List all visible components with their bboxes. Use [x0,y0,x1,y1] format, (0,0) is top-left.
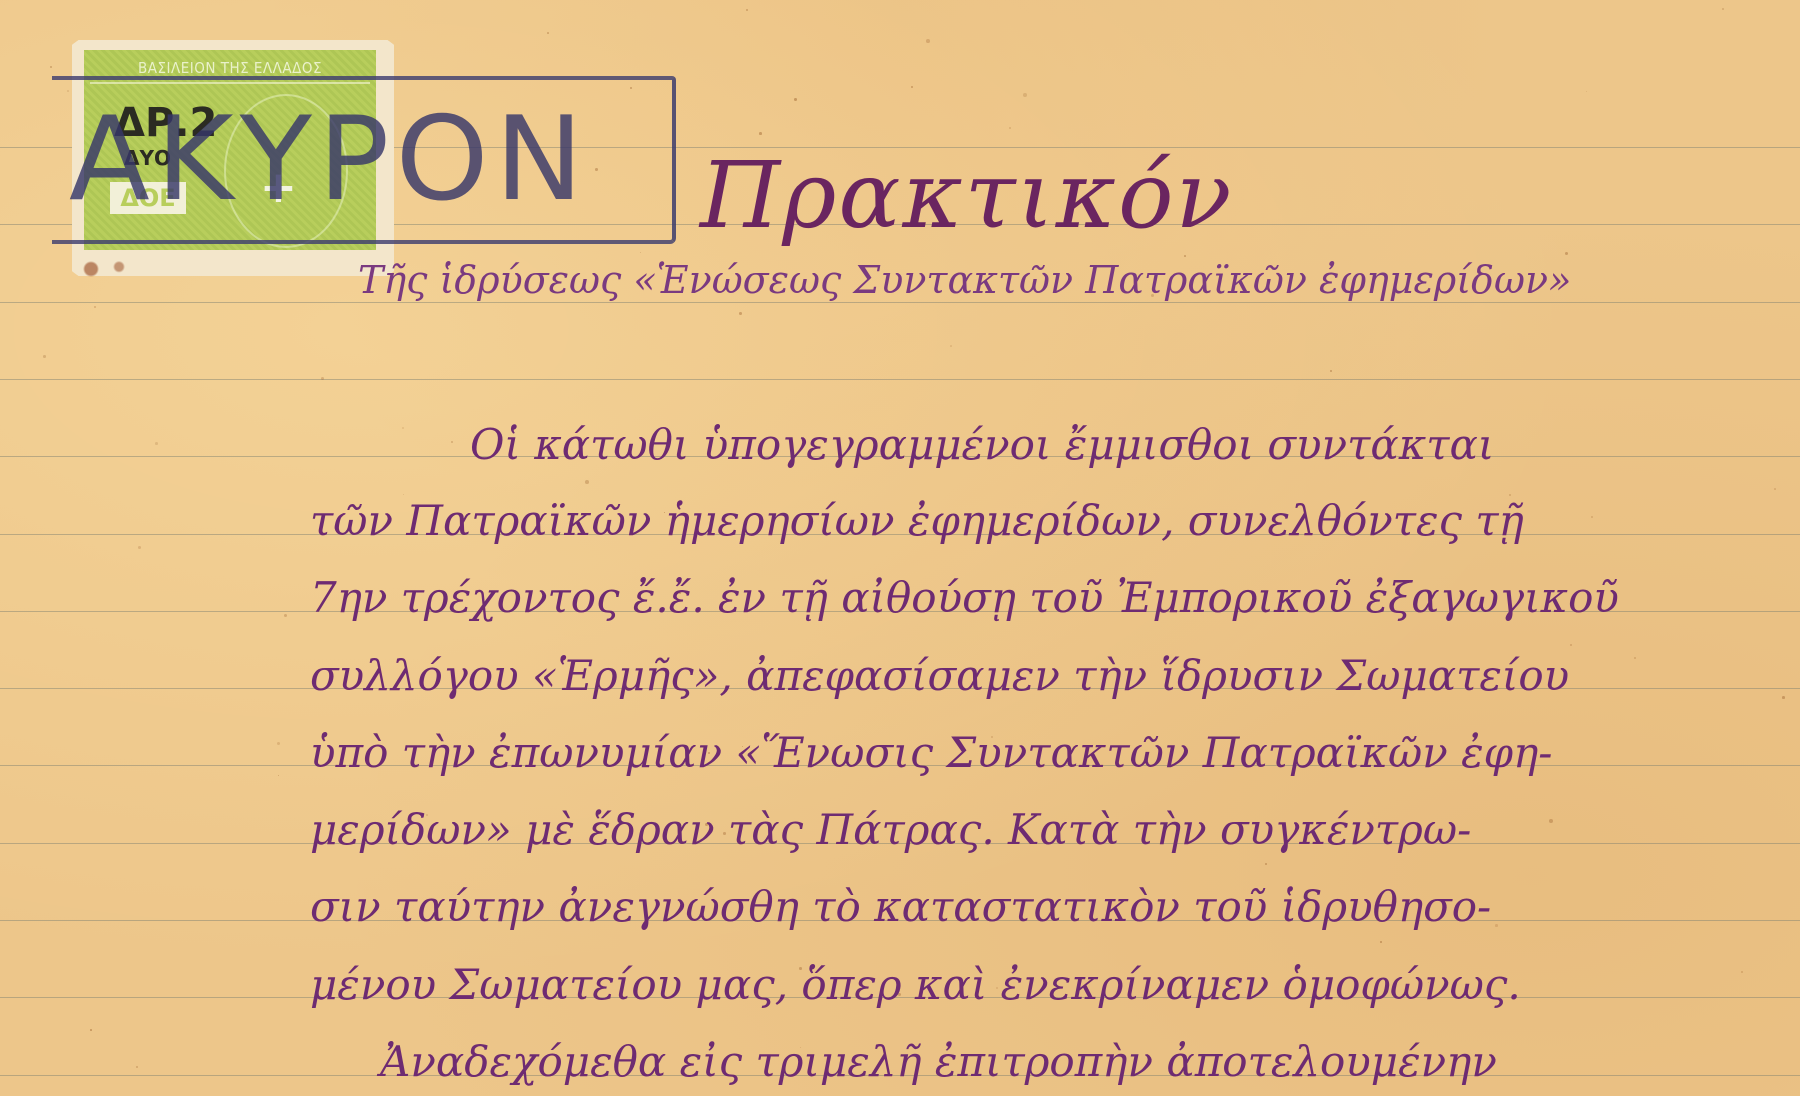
body-line: Οἱ κάτωθι ὑπογεγραμμένοι ἔμμισθοι συντάκ… [470,420,1494,469]
paper-speck [90,1029,92,1031]
paper-speck [1023,93,1027,97]
paper-speck [136,1066,138,1068]
paper-speck [1741,971,1743,973]
body-line: Ἀναδεχόμεθα εἰς τριμελῆ ἐπιτροπὴν ἀποτελ… [380,1037,1497,1086]
body-line: μένου Σωματείου μας, ὅπερ καὶ ἐνεκρίναμε… [310,960,1521,1009]
paper-speck [43,355,46,358]
paper-speck [402,427,404,429]
body-line: ὑπὸ τὴν ἐπωνυμίαν «Ἕνωσις Συντακτῶν Πατρ… [310,728,1552,777]
paper-speck [1586,91,1587,92]
cancellation-overstamp: ΑΚΥΡΟΝ [52,76,676,244]
body-line: τῶν Πατραϊκῶν ἡμερησίων ἐφημερίδων, συνε… [310,496,1524,545]
paper-speck [50,66,52,68]
paper-speck [1722,8,1724,10]
cancellation-text: ΑΚΥΡΟΝ [69,102,590,218]
paper-speck [321,377,324,380]
paper-speck [278,775,279,776]
paper-speck [547,32,549,34]
paper-speck [1495,924,1498,927]
document-title: Πρακτικόν [700,142,1233,249]
paper-speck [1009,127,1011,129]
paper-speck [277,742,280,745]
document-subtitle: Τῆς ἱδρύσεως «Ἑνώσεως Συντακτῶν Πατραϊκῶ… [358,258,1571,302]
paper-speck [155,442,158,445]
paper-speck [1570,644,1572,646]
paper-speck [1782,696,1785,699]
paper-speck [585,480,589,484]
paper-speck [451,441,453,443]
paper-speck [759,132,762,135]
paper-speck [1565,252,1568,255]
paper-speck [640,252,641,253]
paper-speck [950,345,952,347]
paper-speck [926,39,930,43]
paper-speck [1591,516,1593,518]
paper-speck [739,312,742,315]
body-line: συλλόγου «Ἑρμῆς», ἀπεφασίσαμεν τὴν ἵδρυσ… [310,651,1569,700]
paper-speck [1265,863,1267,865]
paper-speck [284,614,287,617]
rule-line [0,302,1800,303]
paper-speck [1549,819,1553,823]
body-line: μερίδων» μὲ ἕδραν τὰς Πάτρας. Κατὰ τὴν σ… [310,805,1471,854]
paper-speck [1634,657,1636,659]
paper-speck [94,306,96,308]
paper-speck [1184,255,1186,257]
body-line: σιν ταύτην ἀνεγνώσθη τὸ καταστατικὸν τοῦ… [310,882,1491,931]
paper-speck [1774,488,1776,490]
rule-line [0,379,1800,380]
body-line: 7ην τρέχοντος ἔ.ἔ. ἐν τῇ αἰθούσῃ τοῦ Ἐμπ… [310,573,1619,622]
paper-speck [1380,941,1382,943]
rust-stain [70,258,140,280]
paper-speck [746,9,748,11]
paper-speck [138,546,141,549]
paper-speck [911,86,913,88]
paper-speck [1330,370,1332,372]
paper-speck [794,98,797,101]
